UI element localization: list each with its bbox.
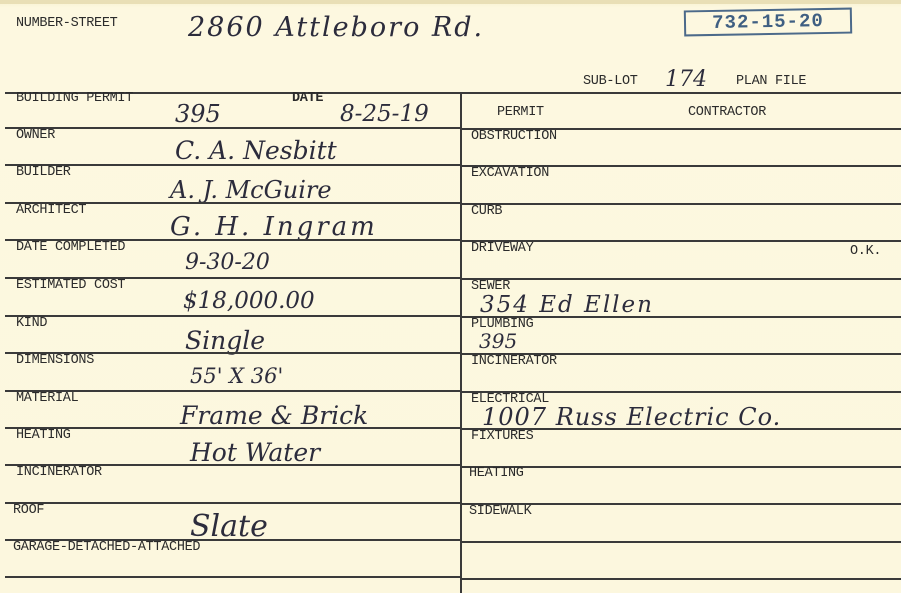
driveway-label: DRIVEWAY (471, 242, 533, 256)
material-label: MATERIAL (16, 392, 78, 406)
date-completed-value: 9-30-20 (185, 252, 270, 274)
row-rule (460, 466, 901, 468)
row-rule (5, 127, 460, 129)
row-rule (460, 203, 901, 205)
driveway-value: O.K. (850, 245, 881, 259)
building-permit-value: 395 (175, 102, 221, 126)
date-value: 8-25-19 (340, 103, 429, 126)
incinerator-label: INCINERATOR (16, 466, 102, 480)
kind-label: KIND (16, 317, 47, 331)
estimated-cost-label: ESTIMATED COST (16, 279, 125, 293)
row-rule (460, 541, 901, 543)
plumbing-value: 395 (479, 331, 517, 351)
estimated-cost-value: $18,000.00 (183, 290, 315, 313)
owner-value: C. A. Nesbitt (175, 138, 337, 163)
row-rule (460, 578, 901, 580)
row-rule (5, 502, 460, 504)
garage-label: GARAGE-DETACHED-ATTACHED (13, 541, 200, 555)
dimensions-value: 55' X 36' (190, 366, 283, 387)
header-rule (5, 92, 901, 94)
obstruction-label: OBSTRUCTION (471, 130, 557, 144)
roof-label: ROOF (13, 504, 44, 518)
architect-label: ARCHITECT (16, 204, 86, 218)
sewer-value: 354 Ed Ellen (480, 294, 654, 317)
heating-permit-label: HEATING (469, 467, 524, 481)
building-permit-label: BUILDING PERMIT (16, 92, 133, 106)
material-value: Frame & Brick (180, 403, 368, 428)
heating-label: HEATING (16, 429, 71, 443)
sidewalk-label: SIDEWALK (469, 505, 531, 519)
contractor-header: CONTRACTOR (688, 106, 766, 120)
number-street-value: 2860 Attleboro Rd. (188, 14, 484, 41)
roof-value: Slate (190, 512, 268, 542)
builder-value: A. J. McGuire (170, 178, 332, 202)
architect-value: G. H. Ingram (170, 214, 378, 240)
fixtures-label: FIXTURES (471, 430, 533, 444)
sub-lot-value: 174 (665, 69, 707, 91)
column-divider (460, 92, 462, 593)
dimensions-label: DIMENSIONS (16, 354, 94, 368)
builder-label: BUILDER (16, 166, 71, 180)
row-rule (460, 278, 901, 280)
sub-lot-label: SUB-LOT (583, 75, 638, 89)
permit-card: NUMBER-STREET 2860 Attleboro Rd. 732-15-… (0, 0, 901, 593)
excavation-label: EXCAVATION (471, 167, 549, 181)
row-rule (5, 164, 460, 166)
file-number-stamp: 732-15-20 (684, 8, 852, 37)
card-top-edge (0, 0, 901, 4)
row-rule (5, 427, 460, 429)
curb-label: CURB (471, 205, 502, 219)
row-rule (5, 576, 460, 578)
date-completed-label: DATE COMPLETED (16, 241, 125, 255)
number-street-label: NUMBER-STREET (16, 17, 117, 31)
heating-value: Hot Water (190, 440, 320, 465)
incinerator-permit-label: INCINERATOR (471, 355, 557, 369)
plan-file-label: PLAN FILE (736, 75, 806, 89)
kind-value: Single (185, 328, 265, 353)
row-rule (5, 315, 460, 317)
owner-label: OWNER (16, 129, 55, 143)
permit-header: PERMIT (497, 106, 544, 120)
electrical-value: 1007 Russ Electric Co. (482, 405, 781, 429)
date-label: DATE (292, 92, 323, 106)
